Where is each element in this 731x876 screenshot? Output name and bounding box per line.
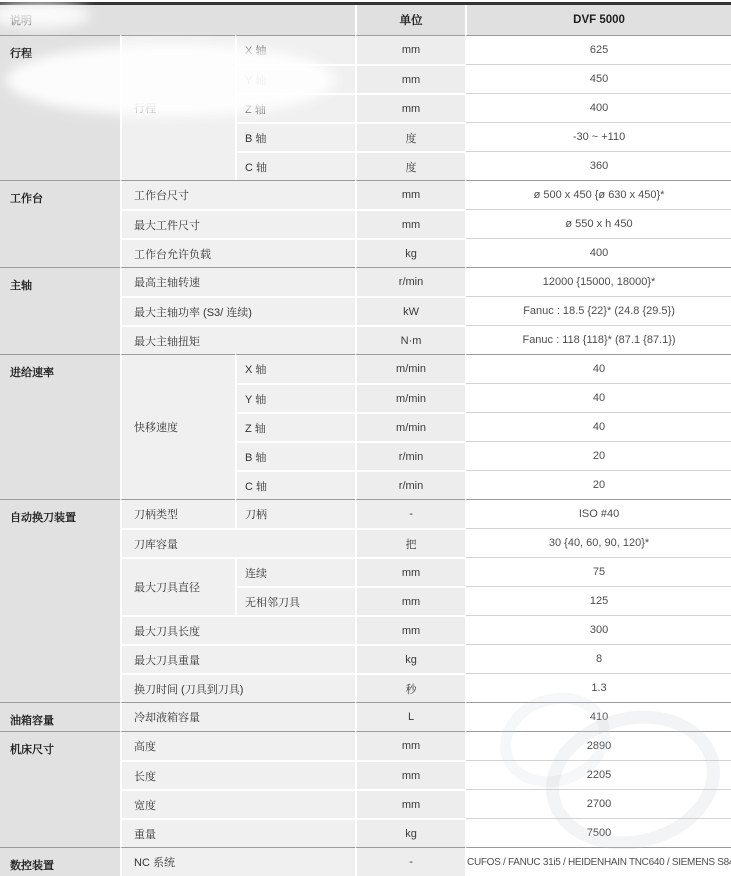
value-cell: 8 (465, 644, 731, 673)
axis-label: Z 轴 (235, 412, 355, 441)
axis-label: X 轴 (235, 354, 355, 383)
row-label: 刀库容量 (120, 528, 355, 557)
table-row: 主轴 最高主轴转速 r/min 12000 {15000, 18000}* (0, 267, 731, 296)
unit-cell: mm (355, 180, 465, 209)
value-cell: 400 (465, 238, 731, 267)
header-row: 说明 单位 DVF 5000 (0, 5, 731, 35)
group-label: 工作台 (0, 180, 120, 267)
row-label: 高度 (120, 731, 355, 760)
unit-cell: mm (355, 209, 465, 238)
group-label: 数控装置 (0, 847, 120, 876)
unit-cell: 把 (355, 528, 465, 557)
row-label: 工作台允许负载 (120, 238, 355, 267)
unit-cell: L (355, 702, 465, 731)
value-cell: 400 (465, 93, 731, 122)
unit-cell: 度 (355, 151, 465, 180)
value-cell: 360 (465, 151, 731, 180)
unit-cell: mm (355, 35, 465, 64)
row-label: 最高主轴转速 (120, 267, 355, 296)
spec-sheet: 说明 单位 DVF 5000 行程 行程 X 轴 mm 625 Y 轴 mm 4… (0, 0, 731, 876)
row-label: 冷却液箱容量 (120, 702, 355, 731)
row-label: 长度 (120, 760, 355, 789)
section-spindle: 主轴 最高主轴转速 r/min 12000 {15000, 18000}* 最大… (0, 267, 731, 354)
row-label: 最大刀具长度 (120, 615, 355, 644)
detail-label: 无相邻刀具 (235, 586, 355, 615)
unit-cell: 秒 (355, 673, 465, 702)
row-label: NC 系统 (120, 847, 355, 876)
value-cell: 20 (465, 470, 731, 499)
row-label: 刀柄类型 (120, 499, 235, 528)
row-label: 最大主轴扭矩 (120, 325, 355, 354)
value-cell: 450 (465, 64, 731, 93)
value-cell: -30 ~ +110 (465, 122, 731, 151)
group-label: 主轴 (0, 267, 120, 354)
unit-cell: 度 (355, 122, 465, 151)
unit-cell: mm (355, 615, 465, 644)
unit-cell: kg (355, 238, 465, 267)
unit-cell: m/min (355, 354, 465, 383)
axis-label: B 轴 (235, 441, 355, 470)
value-cell: 300 (465, 615, 731, 644)
row-label: 最大工件尺寸 (120, 209, 355, 238)
sub-label: 快移速度 (120, 354, 235, 499)
header-model: DVF 5000 (465, 5, 731, 35)
section-worktable: 工作台 工作台尺寸 mm ø 500 x 450 {ø 630 x 450}* … (0, 180, 731, 267)
table-row: 数控装置 NC 系统 - CUFOS / FANUC 31i5 / HEIDEN… (0, 847, 731, 876)
table-row: 自动换刀装置 刀柄类型 刀柄 - ISO #40 (0, 499, 731, 528)
value-cell: CUFOS / FANUC 31i5 / HEIDENHAIN TNC640 /… (465, 847, 731, 876)
value-cell: ø 500 x 450 {ø 630 x 450}* (465, 180, 731, 209)
table-row: 工作台 工作台尺寸 mm ø 500 x 450 {ø 630 x 450}* (0, 180, 731, 209)
unit-cell: m/min (355, 383, 465, 412)
unit-cell: kg (355, 644, 465, 673)
group-label: 油箱容量 (0, 702, 120, 731)
unit-cell: mm (355, 64, 465, 93)
unit-cell: r/min (355, 470, 465, 499)
row-label: 工作台尺寸 (120, 180, 355, 209)
value-cell: 40 (465, 383, 731, 412)
table-row: 进给速率 快移速度 X 轴 m/min 40 (0, 354, 731, 383)
unit-cell: N·m (355, 325, 465, 354)
value-cell: 1.3 (465, 673, 731, 702)
value-cell: Fanuc : 118 {118}* (87.1 {87.1}) (465, 325, 731, 354)
row-label: 重量 (120, 818, 355, 847)
axis-label: C 轴 (235, 470, 355, 499)
value-cell: ø 550 x h 450 (465, 209, 731, 238)
group-label: 进给速率 (0, 354, 120, 499)
section-nc: 数控装置 NC 系统 - CUFOS / FANUC 31i5 / HEIDEN… (0, 847, 731, 876)
unit-cell: kW (355, 296, 465, 325)
value-cell: 125 (465, 586, 731, 615)
header-unit: 单位 (355, 5, 465, 35)
group-label: 自动换刀装置 (0, 499, 120, 702)
group-label: 机床尺寸 (0, 731, 120, 847)
unit-cell: mm (355, 586, 465, 615)
unit-cell: - (355, 847, 465, 876)
unit-cell: mm (355, 760, 465, 789)
value-cell: 625 (465, 35, 731, 64)
value-cell: Fanuc : 18.5 {22}* (24.8 {29.5}) (465, 296, 731, 325)
unit-cell: mm (355, 789, 465, 818)
row-label: 最大刀具重量 (120, 644, 355, 673)
unit-cell: r/min (355, 441, 465, 470)
row-label: 宽度 (120, 789, 355, 818)
unit-cell: m/min (355, 412, 465, 441)
value-cell: 40 (465, 354, 731, 383)
axis-label: Y 轴 (235, 383, 355, 412)
section-atc: 自动换刀装置 刀柄类型 刀柄 - ISO #40 刀库容量 把 30 {40, … (0, 499, 731, 702)
axis-label: C 轴 (235, 151, 355, 180)
unit-cell: mm (355, 557, 465, 586)
detail-label: 刀柄 (235, 499, 355, 528)
unit-cell: kg (355, 818, 465, 847)
value-cell: 20 (465, 441, 731, 470)
value-cell: 75 (465, 557, 731, 586)
row-label: 最大主轴功率 (S3/ 连续) (120, 296, 355, 325)
unit-cell: mm (355, 731, 465, 760)
value-cell: 30 {40, 60, 90, 120}* (465, 528, 731, 557)
row-label: 换刀时间 (刀具到刀具) (120, 673, 355, 702)
unit-cell: mm (355, 93, 465, 122)
section-feedrate: 进给速率 快移速度 X 轴 m/min 40 Y 轴 m/min 40 Z 轴 … (0, 354, 731, 499)
sub-label: 最大刀具直径 (120, 557, 235, 615)
value-cell: 40 (465, 412, 731, 441)
scan-artifact (6, 44, 336, 116)
value-cell: 12000 {15000, 18000}* (465, 267, 731, 296)
unit-cell: - (355, 499, 465, 528)
value-cell: ISO #40 (465, 499, 731, 528)
detail-label: 连续 (235, 557, 355, 586)
unit-cell: r/min (355, 267, 465, 296)
axis-label: B 轴 (235, 122, 355, 151)
table-header: 说明 单位 DVF 5000 (0, 5, 731, 35)
